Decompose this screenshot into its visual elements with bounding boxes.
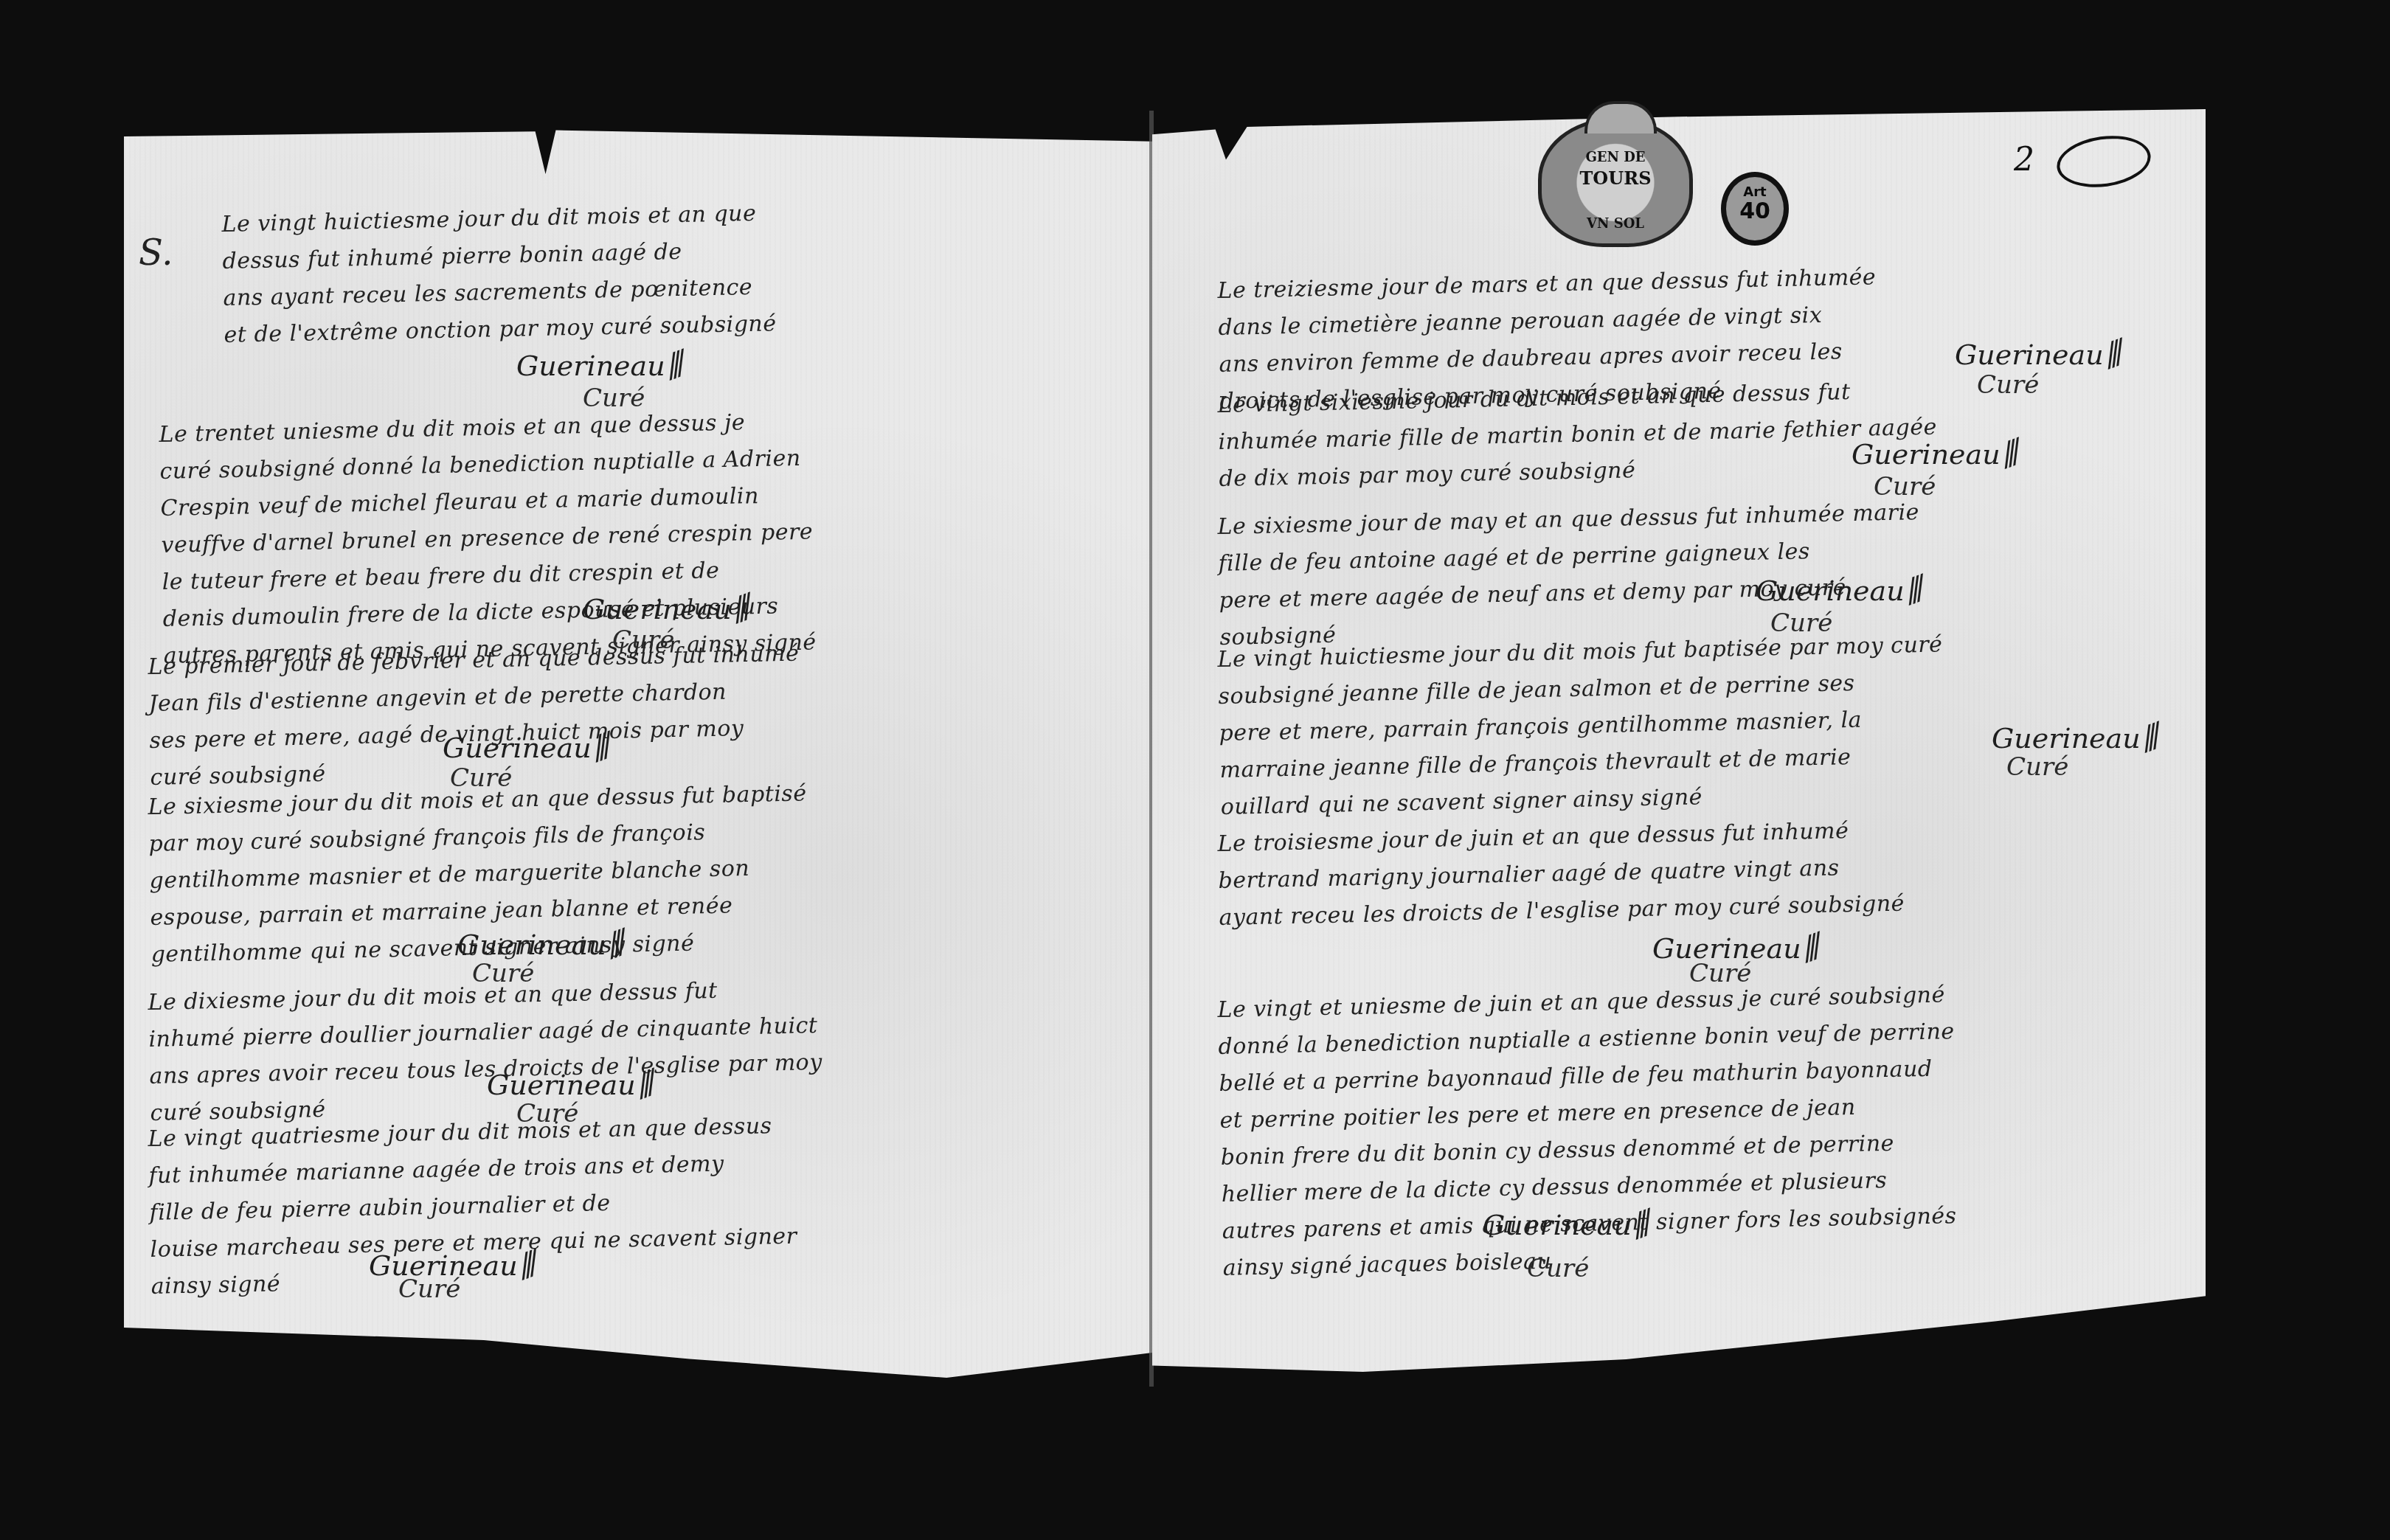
register-entry: Le vingt sixiesme jour du dit mois et an…: [1217, 372, 1938, 498]
priest-title: Curé: [1977, 370, 2039, 400]
register-entry: Le vingt huictiesme jour du dit mois et …: [221, 195, 777, 354]
register-entry: Le dixiesme jour du dit mois et an que d…: [148, 971, 823, 1132]
register-entry: Le trentet uniesme du dit mois et an que…: [159, 403, 817, 674]
register-scan: S. Le vingt huictiesme jour du dit mois …: [0, 0, 2390, 1540]
priest-signature: Guerineau///: [1992, 719, 2155, 755]
priest-signature: Guerineau///: [583, 590, 747, 626]
priest-signature: Guerineau///: [1483, 1206, 1646, 1242]
tax-stamp-arms-icon: GEN DE TOURS VN SOL: [1538, 118, 1693, 247]
priest-signature: Guerineau///: [516, 347, 680, 383]
round-stamp-icon: Art 40: [1721, 172, 1789, 246]
priest-signature: Guerineau///: [487, 1066, 651, 1102]
paraphe-flourish-icon: [2054, 130, 2154, 192]
priest-title: Curé: [2006, 752, 2068, 782]
priest-signature: Guerineau///: [457, 926, 621, 962]
priest-signature: Guerineau///: [443, 729, 606, 765]
folio-number: 2: [2014, 136, 2151, 187]
register-entry: Le vingt huictiesme jour du dit mois fut…: [1217, 626, 1946, 826]
crown-icon: [1584, 101, 1657, 133]
priest-title: Curé: [398, 1274, 460, 1304]
priest-title: Curé: [1527, 1254, 1589, 1283]
priest-signature: Guerineau///: [1852, 435, 2015, 471]
margin-note: S.: [139, 232, 173, 274]
priest-signature: Guerineau///: [1756, 572, 1919, 608]
priest-signature: Guerineau///: [1955, 336, 2119, 372]
register-entry: Le troisiesme jour de juin et an que des…: [1217, 812, 1905, 937]
